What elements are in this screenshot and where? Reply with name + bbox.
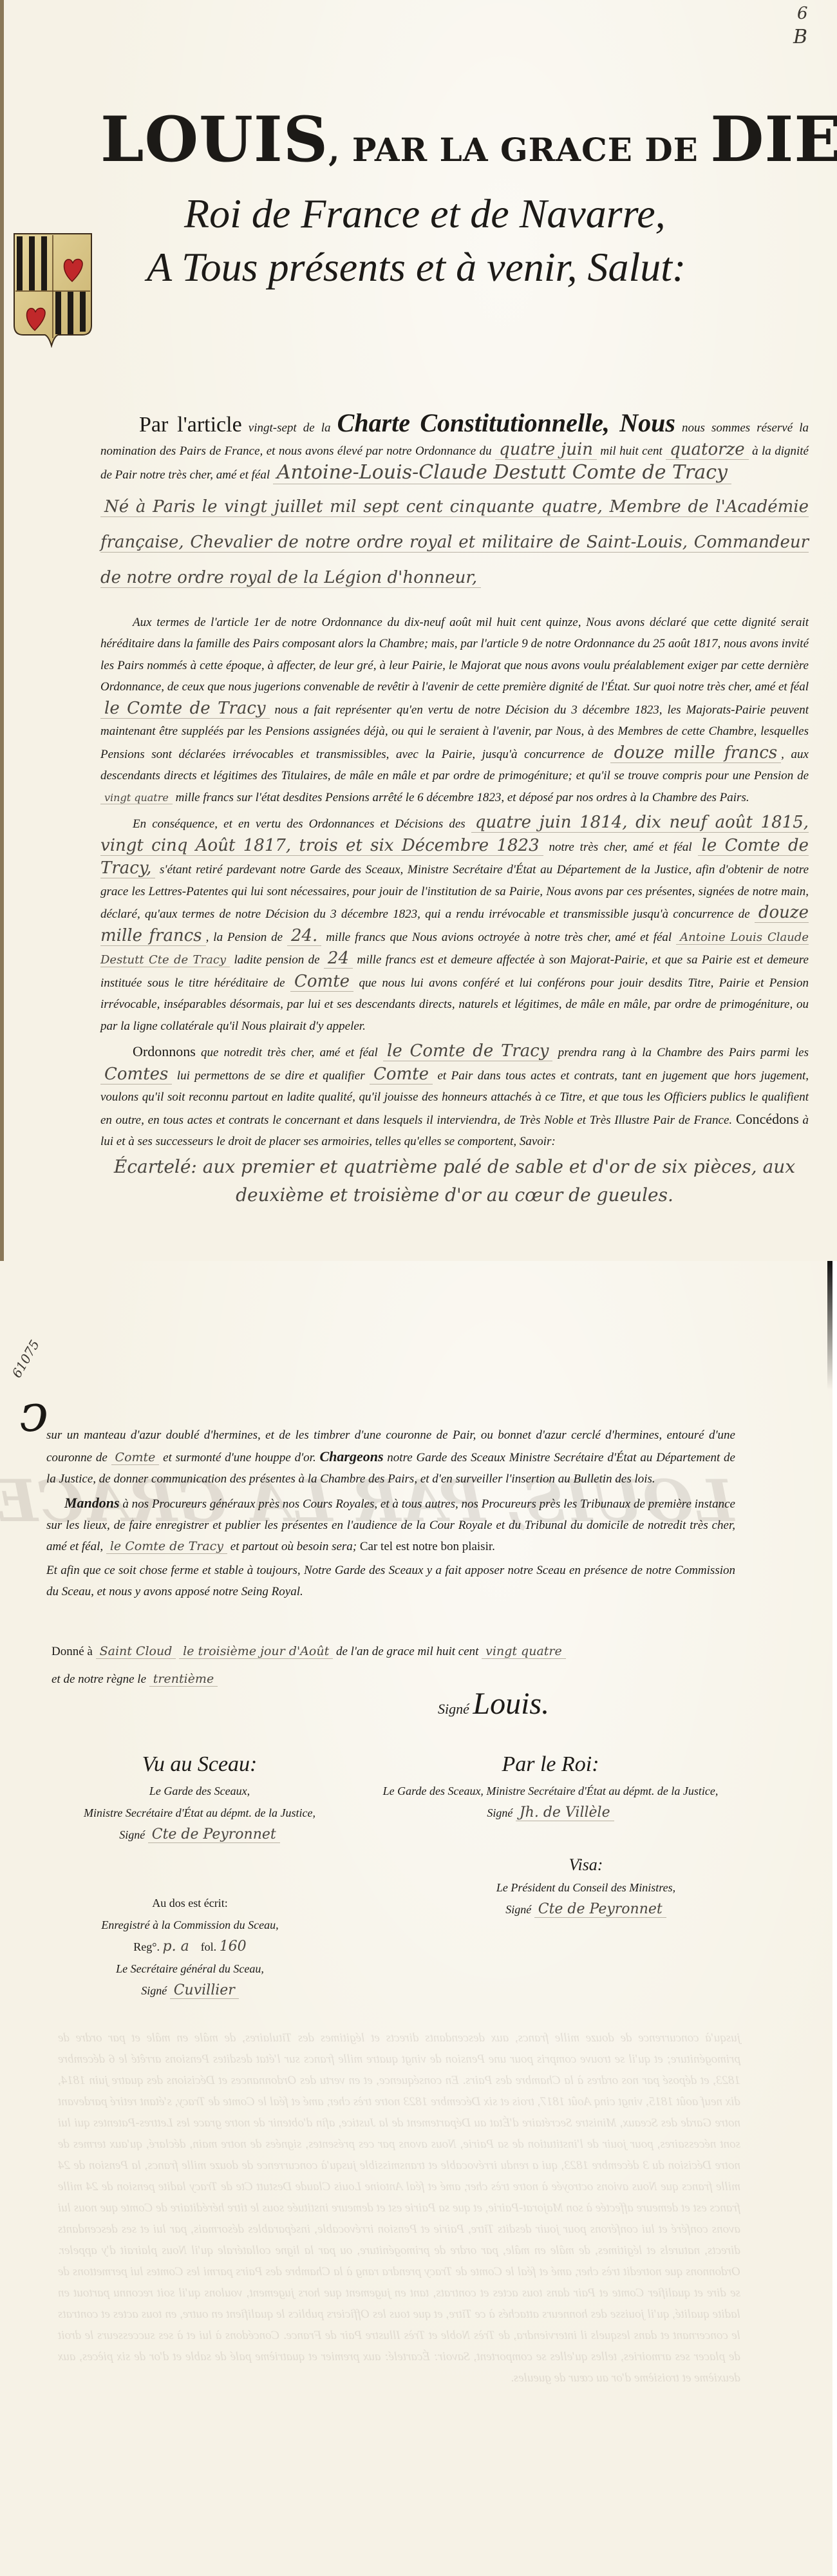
- text: notre très cher, amé et féal: [543, 840, 698, 854]
- reg-label: Reg°.: [133, 1940, 160, 1953]
- text: mille francs sur l'état desdites Pension…: [173, 791, 749, 804]
- secretaire-general-label: Le Secrétaire général du Sceau,: [39, 1958, 341, 1980]
- lead-donne: Donné à: [52, 1645, 96, 1658]
- document-page-2: 61075 ↄ LOUIS, PAR LA GRACE DE DIEU, jus…: [0, 1261, 832, 2576]
- filled-grantee-name: le Comte de Tracy: [383, 1041, 552, 1061]
- flourish-mark-icon: ↄ: [19, 1383, 48, 1443]
- filled-title: Comte: [111, 1450, 160, 1465]
- signe-label: Signé: [505, 1903, 531, 1916]
- signature-peyronnet: Cte de Peyronnet: [534, 1901, 666, 1918]
- text: , la Pension de: [206, 931, 287, 944]
- lead-ordonnons: Ordonnons: [133, 1043, 196, 1059]
- dating-clause: Donné à Saint Cloud le troisième jour d'…: [52, 1638, 734, 1693]
- filled-title: Comte: [370, 1065, 433, 1084]
- subtitle-salut: A Tous présents et à venir, Salut:: [147, 243, 686, 291]
- au-dos-block: Au dos est écrit: Enregistré à la Commis…: [39, 1892, 341, 2002]
- paragraph-et-afin: Et afin que ce soit chose ferme et stabl…: [46, 1560, 735, 1602]
- paragraph-aux-termes: Aux termes de l'article 1er de notre Ord…: [100, 612, 809, 809]
- filled-pension: 24: [324, 949, 353, 969]
- title-par-la-grace-de: , PAR LA GRACE DE: [328, 131, 710, 169]
- paragraph-ordonnons: Ordonnons que notredit très cher, amé et…: [100, 1041, 809, 1153]
- filled-reign-year: trentième: [149, 1672, 218, 1687]
- subtitle-roi-de-france: Roi de France et de Navarre,: [184, 190, 666, 238]
- filled-amount: douze mille francs: [610, 743, 782, 763]
- signature-cuvillier: Cuvillier: [170, 1982, 239, 1999]
- filled-rank: Comtes: [100, 1065, 172, 1084]
- par-le-roi-block: Par le Roi: Le Garde des Sceaux, Ministr…: [328, 1749, 773, 1824]
- fol-value: 160: [220, 1938, 247, 1955]
- body-text-page-2: sur un manteau d'azur doublé d'hermines,…: [46, 1425, 735, 1605]
- filled-date: quatre juin: [495, 440, 597, 460]
- text: et partout où besoin sera;: [227, 1540, 360, 1553]
- text: prendra rang à la Chambre des Pairs parm…: [552, 1046, 809, 1059]
- paragraph-en-consequence: En conséquence, et en vertu des Ordonnan…: [100, 812, 809, 1037]
- lead-par-l-article: Par l'article: [139, 413, 242, 437]
- reg-value: p. a: [163, 1938, 189, 1955]
- lead-chargeons: Chargeons: [319, 1448, 383, 1464]
- text: s'étant retiré pardevant notre Garde des…: [100, 863, 809, 921]
- filled-grantee-name: le Comte de Tracy: [106, 1539, 227, 1554]
- par-le-roi-heading: Par le Roi:: [328, 1749, 773, 1780]
- visa-heading: Visa:: [425, 1853, 747, 1877]
- text: mil huit cent: [597, 444, 666, 458]
- bleed-through-text: jusqu'à concurrence de douze mille franc…: [58, 2027, 740, 2389]
- binding-edge: [827, 1261, 832, 1390]
- paragraph-birth-honours: Né à Paris le vingt juillet mil sept cen…: [100, 490, 809, 596]
- signe-label: Signé: [487, 1806, 513, 1819]
- filled-year: quatorze: [666, 440, 749, 460]
- signature-villele: Jh. de Villèle: [516, 1804, 614, 1821]
- enregistre-label: Enregistré à la Commission du Sceau,: [39, 1914, 341, 1936]
- archive-number-annotation: 61075: [9, 1337, 43, 1380]
- monogram-annotation: B: [793, 26, 807, 48]
- filled-day: le troisième jour d'Août: [179, 1644, 333, 1659]
- filled-grantee-name: Antoine-Louis-Claude Destutt Comte de Tr…: [273, 461, 731, 484]
- car-tel-est-notre-bon-plaisir: Car tel est notre bon plaisir.: [360, 1540, 495, 1553]
- filled-grantee-name: le Comte de Tracy: [100, 699, 270, 719]
- heraldic-blazon: Écartelé: aux premier et quatrième palé …: [100, 1153, 809, 1209]
- text: En conséquence, et en vertu des Ordonnan…: [133, 817, 471, 831]
- text: que notredit très cher, amé et féal: [196, 1046, 383, 1059]
- garde-des-sceaux-label: Le Garde des Sceaux,: [39, 1780, 361, 1802]
- filled-title: Comte: [290, 972, 353, 992]
- text: de l'an de grace mil huit cent: [333, 1645, 482, 1658]
- title-heading: LOUIS, PAR LA GRACE DE DIEU,: [100, 103, 783, 176]
- text: vingt-sept de la: [242, 421, 337, 435]
- signe-label: Signé: [438, 1701, 469, 1717]
- signe-label: Signé: [141, 1984, 167, 1997]
- paragraph-manteau: sur un manteau d'azur doublé d'hermines,…: [46, 1425, 735, 1490]
- signature-louis: Louis.: [473, 1687, 549, 1721]
- royal-signature: Signé Louis.: [438, 1686, 549, 1721]
- text: et de notre règne le: [52, 1672, 149, 1686]
- document-page-1: 6 B LOUIS, PAR LA GRACE DE DIEU, Roi de …: [0, 0, 837, 1261]
- fol-label: fol.: [201, 1940, 217, 1953]
- lead-mandons: Mandons: [64, 1495, 120, 1511]
- ministre-label: Ministre Secrétaire d'État au dépmt. de …: [39, 1802, 361, 1824]
- filled-pension: 24.: [287, 926, 321, 946]
- signe-label: Signé: [119, 1828, 145, 1841]
- signature-peyronnet: Cte de Peyronnet: [148, 1826, 280, 1843]
- body-text-page-1: Par l'article vingt-sept de la Charte Co…: [100, 412, 809, 1157]
- coat-of-arms-icon: [12, 229, 94, 348]
- filled-place: Saint Cloud: [96, 1644, 176, 1659]
- text: et surmonté d'une houppe d'or.: [159, 1451, 319, 1464]
- text: Aux termes de l'article 1er de notre Ord…: [100, 616, 809, 694]
- president-conseil-label: Le Président du Conseil des Ministres,: [425, 1877, 747, 1899]
- charte-constitutionnelle: Charte Constitutionnelle, Nous: [337, 408, 675, 437]
- text: lui permettons de se dire et qualifier: [172, 1069, 370, 1083]
- vu-au-sceau-block: Vu au Sceau: Le Garde des Sceaux, Minist…: [39, 1749, 361, 1846]
- filled-year: vingt quatre: [482, 1644, 566, 1659]
- paragraph-mandons: Mandons à nos Procureurs généraux près n…: [46, 1492, 735, 1557]
- text: mille francs que Nous avions octroyée à …: [321, 931, 676, 944]
- lead-concedons: Concédons: [736, 1111, 799, 1127]
- vu-au-sceau-heading: Vu au Sceau:: [39, 1749, 361, 1780]
- garde-des-sceaux-label: Le Garde des Sceaux, Ministre Secrétaire…: [328, 1780, 773, 1802]
- au-dos-heading: Au dos est écrit:: [39, 1892, 341, 1914]
- filled-birth-and-honours: Né à Paris le vingt juillet mil sept cen…: [100, 497, 809, 588]
- text: ladite pension de: [230, 953, 324, 967]
- paragraph-charte: Par l'article vingt-sept de la Charte Co…: [100, 412, 809, 486]
- title-dieu: DIEU: [710, 103, 837, 176]
- title-louis: LOUIS: [100, 103, 328, 176]
- page-number-annotation: 6: [797, 4, 808, 23]
- visa-block: Visa: Le Président du Conseil des Minist…: [425, 1853, 747, 1920]
- filled-pension: vingt quatre: [100, 791, 173, 804]
